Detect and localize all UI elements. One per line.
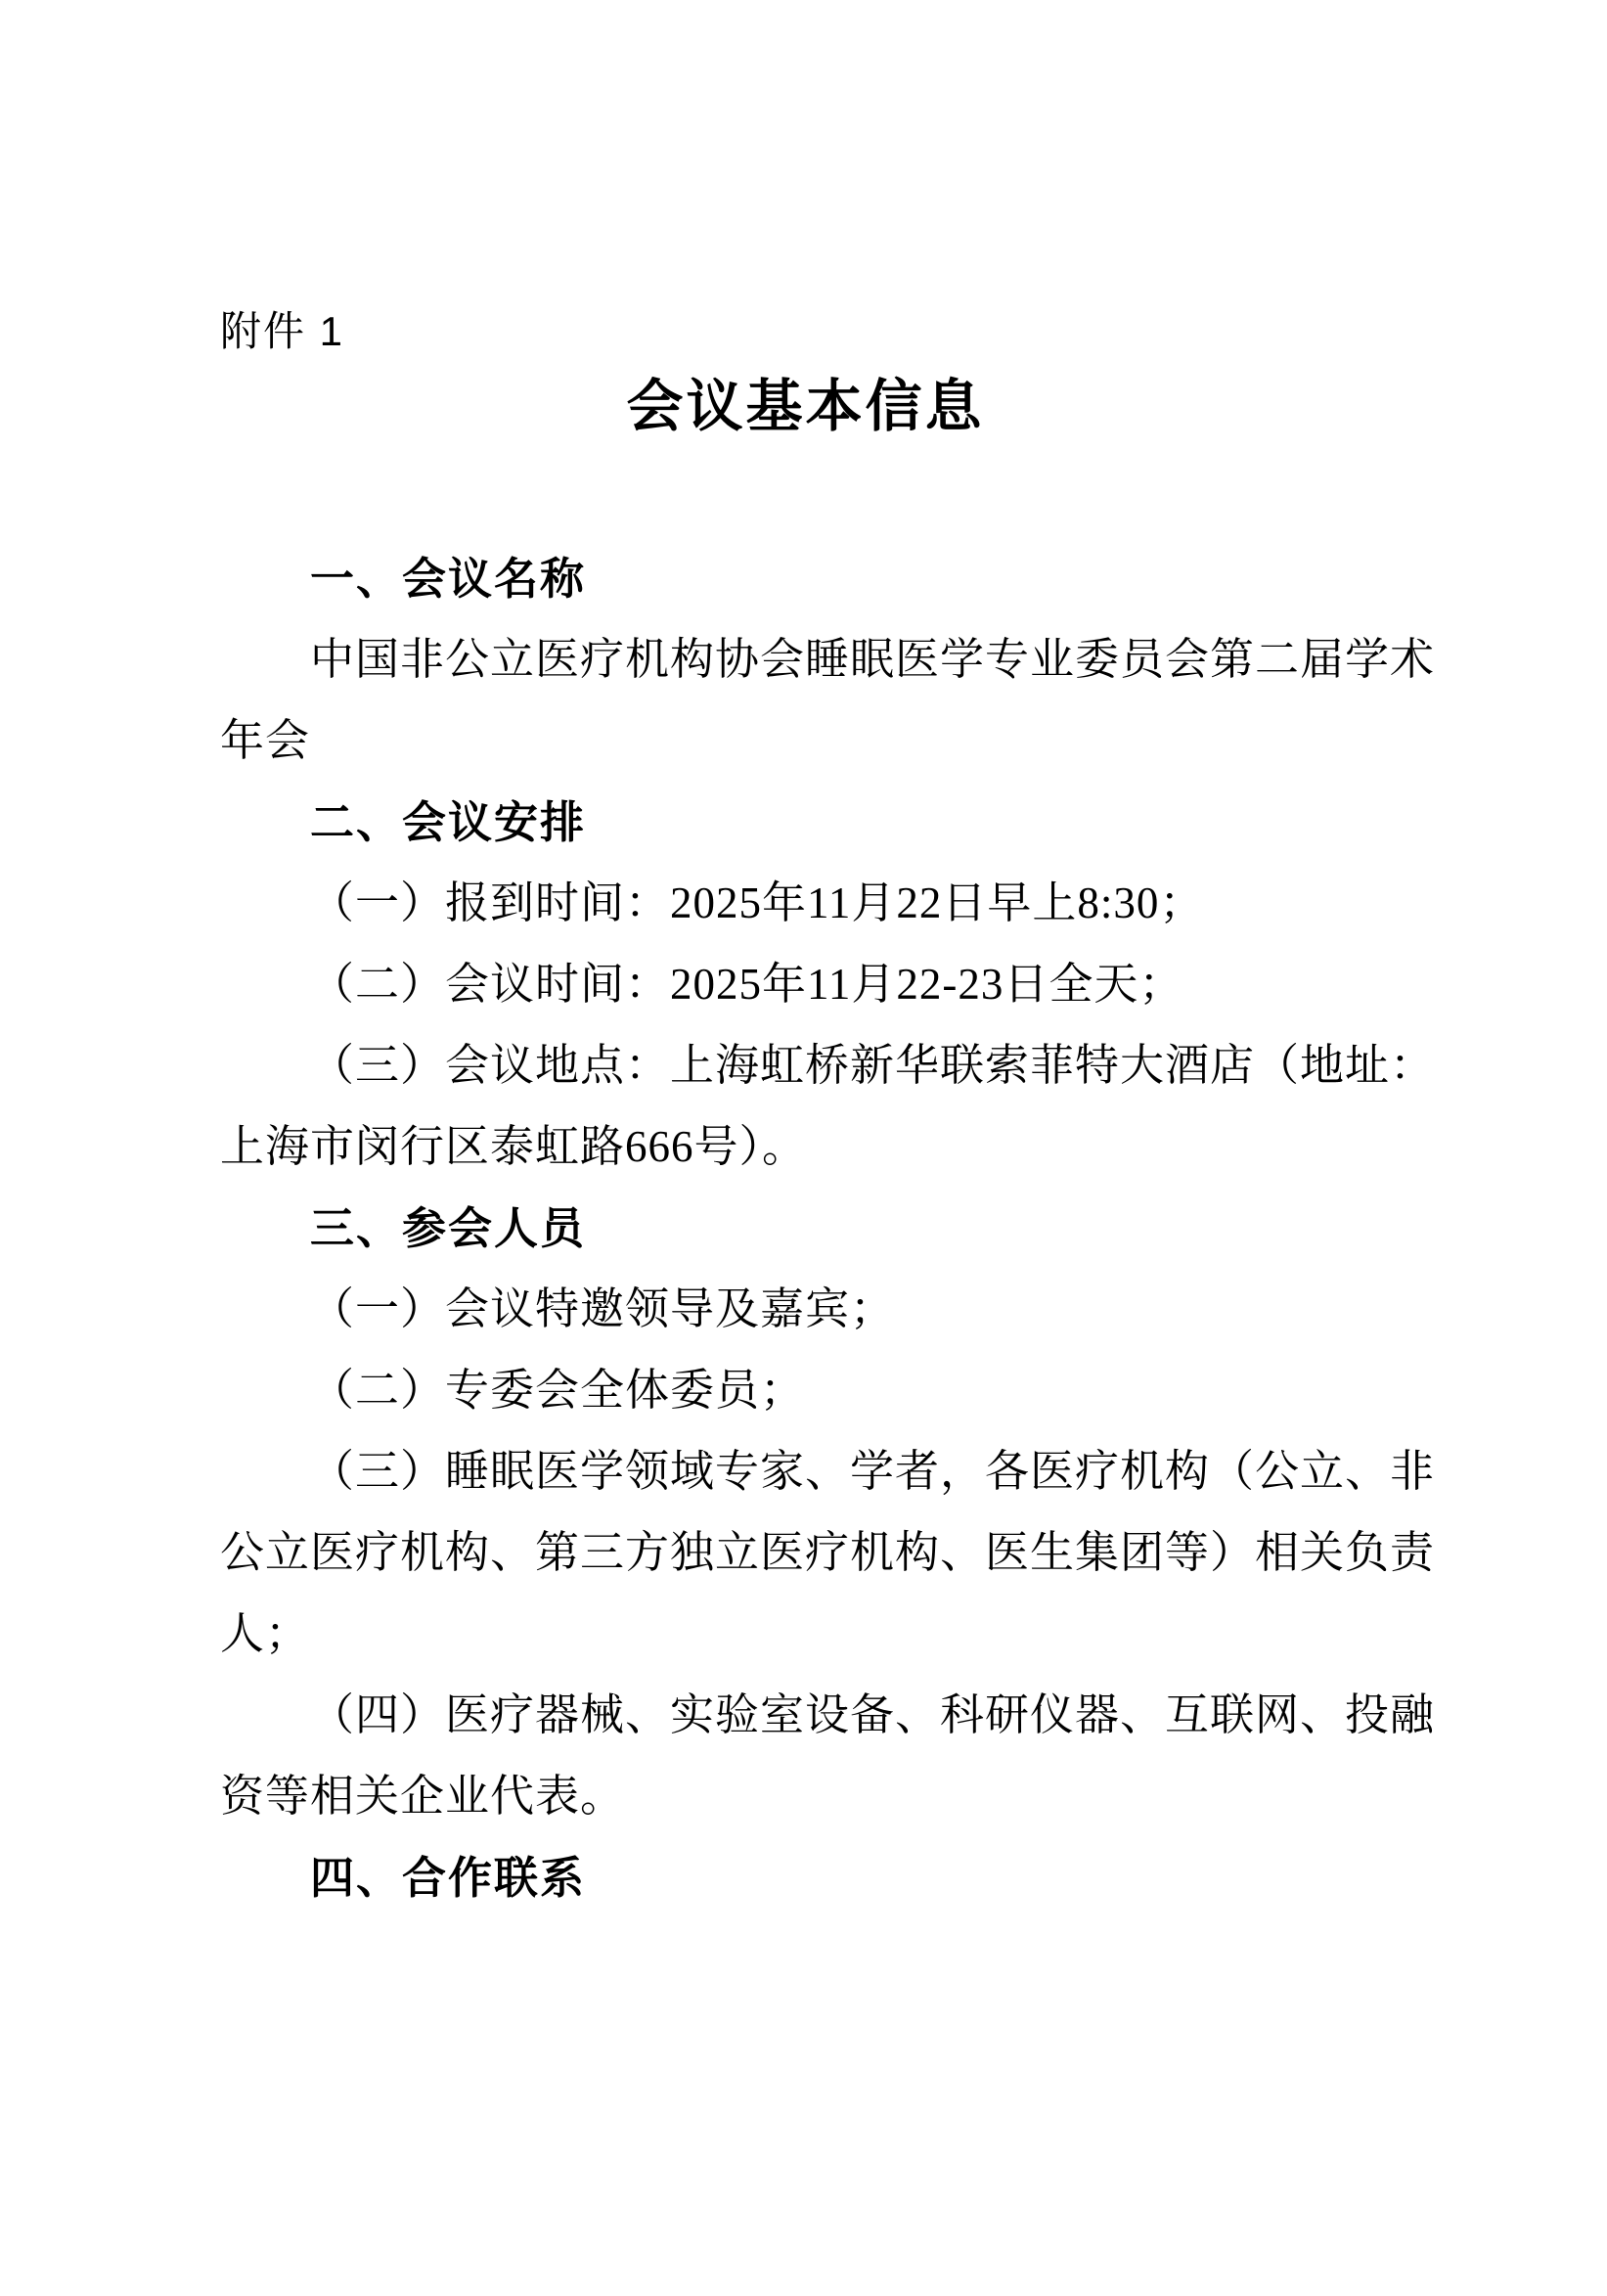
text-line: （二）会议时间：2025年11月22-23日全天；: [220, 944, 1391, 1025]
text-line: （四）医疗器械、实验室设备、科研仪器、互联网、投融: [220, 1675, 1391, 1756]
text-line: 一、会议名称: [220, 538, 1391, 619]
text-line: 中国非公立医疗机构协会睡眠医学专业委员会第二届学术: [220, 619, 1391, 700]
text-line: 四、合作联系: [220, 1837, 1391, 1918]
text-line: 人；: [220, 1594, 1391, 1675]
text-line: （二）专委会全体委员；: [220, 1350, 1391, 1431]
text-line: （三）会议地点：上海虹桥新华联索菲特大酒店（地址：: [220, 1025, 1391, 1106]
text-line: （三）睡眠医学领域专家、学者，各医疗机构（公立、非: [220, 1431, 1391, 1512]
text-line: 公立医疗机构、第三方独立医疗机构、医生集团等）相关负责: [220, 1512, 1391, 1594]
text-line: 年会: [220, 700, 1391, 782]
document-page: 附件 1 会议基本信息 一、会议名称中国非公立医疗机构协会睡眠医学专业委员会第二…: [0, 0, 1607, 2296]
text-line: （一）会议特邀领导及嘉宾；: [220, 1269, 1391, 1350]
text-line: 二、会议安排: [220, 782, 1391, 863]
page-title: 会议基本信息: [220, 376, 1391, 438]
text-line: 上海市闵行区泰虹路666号）。: [220, 1106, 1391, 1188]
document-body: 一、会议名称中国非公立医疗机构协会睡眠医学专业委员会第二届学术年会二、会议安排（…: [220, 538, 1391, 1918]
text-line: 三、参会人员: [220, 1188, 1391, 1269]
text-line: 资等相关企业代表。: [220, 1756, 1391, 1837]
attachment-label: 附件 1: [220, 307, 344, 356]
text-line: （一）报到时间：2025年11月22日早上8:30；: [220, 863, 1391, 944]
